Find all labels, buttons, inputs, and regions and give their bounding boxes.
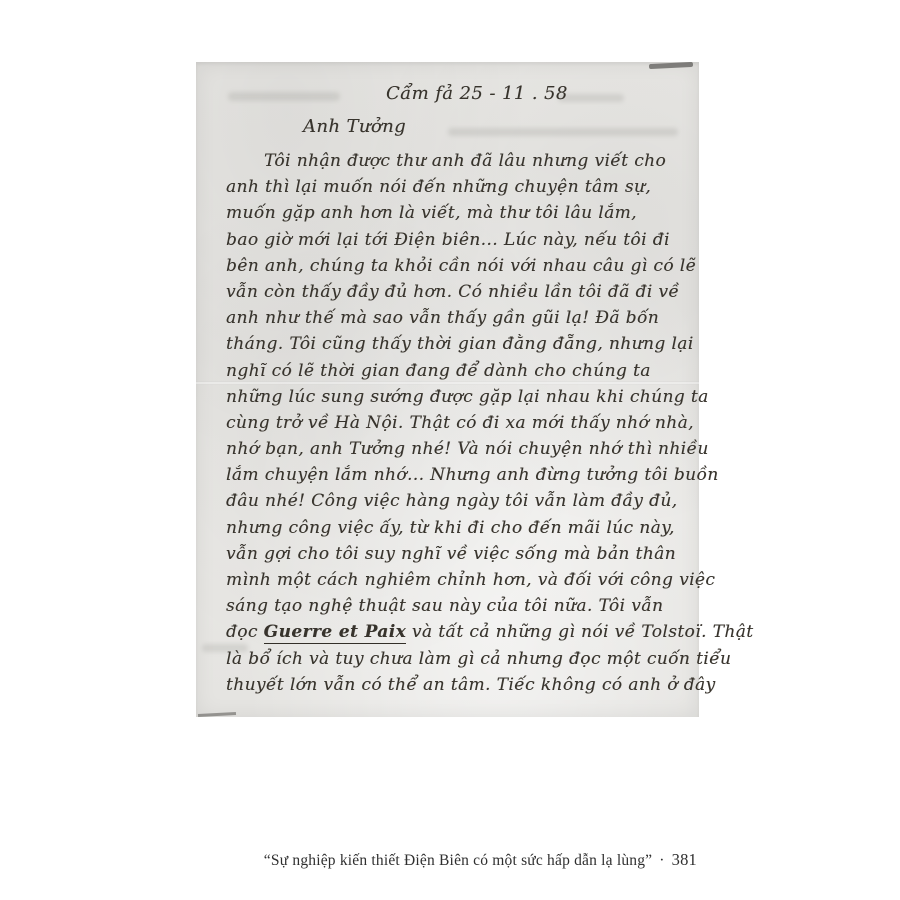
handwritten-line: sáng tạo nghệ thuật sau này của tôi nữa.… (226, 593, 691, 619)
handwritten-line: tháng. Tôi cũng thấy thời gian đằng đẵng… (226, 331, 691, 357)
handwritten-line: anh thì lại muốn nói đến những chuyện tâ… (226, 174, 691, 200)
tolstoy-line-suffix: và tất cả những gì nói về Tolstoï. Thật (406, 622, 753, 642)
handwritten-line: bao giờ mới lại tới Điện biên... Lúc này… (226, 227, 691, 253)
handwritten-line: những lúc sung sướng được gặp lại nhau k… (226, 384, 691, 410)
handwritten-line: Tôi nhận được thư anh đã lâu nhưng viết … (226, 148, 691, 174)
ink-bleedthrough-smudge (448, 128, 678, 136)
book-page: Cẩm fả 25 - 11 . 58 Anh Tưởng Tôi nhận đ… (0, 0, 900, 900)
handwritten-line: thuyết lớn vẫn có thể an tâm. Tiếc không… (226, 672, 691, 698)
handwritten-line: mình một cách nghiêm chỉnh hơn, và đối v… (226, 567, 691, 593)
handwritten-line: vẫn gợi cho tôi suy nghĩ về việc sống mà… (226, 541, 691, 567)
ink-bleedthrough-smudge (228, 92, 340, 101)
footer-separator-dot: · (659, 852, 664, 869)
handwritten-line-tolstoy: đọc Guerre et Paix và tất cả những gì nó… (226, 619, 691, 645)
handwritten-line: nhớ bạn, anh Tưởng nhé! Và nói chuyện nh… (226, 436, 691, 462)
running-footer: “Sự nghiệp kiến thiết Điện Biên có một s… (264, 850, 697, 870)
handwritten-line: bên anh, chúng ta khỏi cần nói với nhau … (226, 253, 691, 279)
letter-salutation: Anh Tưởng (303, 116, 406, 137)
handwritten-line: đâu nhé! Công việc hàng ngày tôi vẫn làm… (226, 488, 691, 514)
handwritten-line: cùng trở về Hà Nội. Thật có đi xa mới th… (226, 410, 691, 436)
tolstoy-line-prefix: đọc (226, 622, 264, 642)
handwritten-line: vẫn còn thấy đầy đủ hơn. Có nhiều lần tô… (226, 279, 691, 305)
paper-edge-streak (198, 712, 236, 717)
letter-body: Tôi nhận được thư anh đã lâu nhưng viết … (226, 148, 691, 698)
handwritten-line: là bổ ích và tuy chưa làm gì cả nhưng đọ… (226, 646, 691, 672)
handwritten-line: anh như thế mà sao vẫn thấy gần gũi lạ! … (226, 305, 691, 331)
letter-scan: Cẩm fả 25 - 11 . 58 Anh Tưởng Tôi nhận đ… (196, 62, 699, 717)
footer-page-number: 381 (672, 850, 697, 869)
paper-fold-mark (649, 62, 693, 69)
handwritten-line: nghĩ có lẽ thời gian đang để dành cho ch… (226, 358, 691, 384)
letter-dateline: Cẩm fả 25 - 11 . 58 (386, 83, 568, 104)
footer-quote: “Sự nghiệp kiến thiết Điện Biên có một s… (264, 852, 652, 869)
book-title-underlined: Guerre et Paix (264, 622, 406, 644)
handwritten-line: muốn gặp anh hơn là viết, mà thư tôi lâu… (226, 200, 691, 226)
handwritten-line: nhưng công việc ấy, từ khi đi cho đến mã… (226, 515, 691, 541)
handwritten-line: lắm chuyện lắm nhớ... Nhưng anh đừng tưở… (226, 462, 691, 488)
